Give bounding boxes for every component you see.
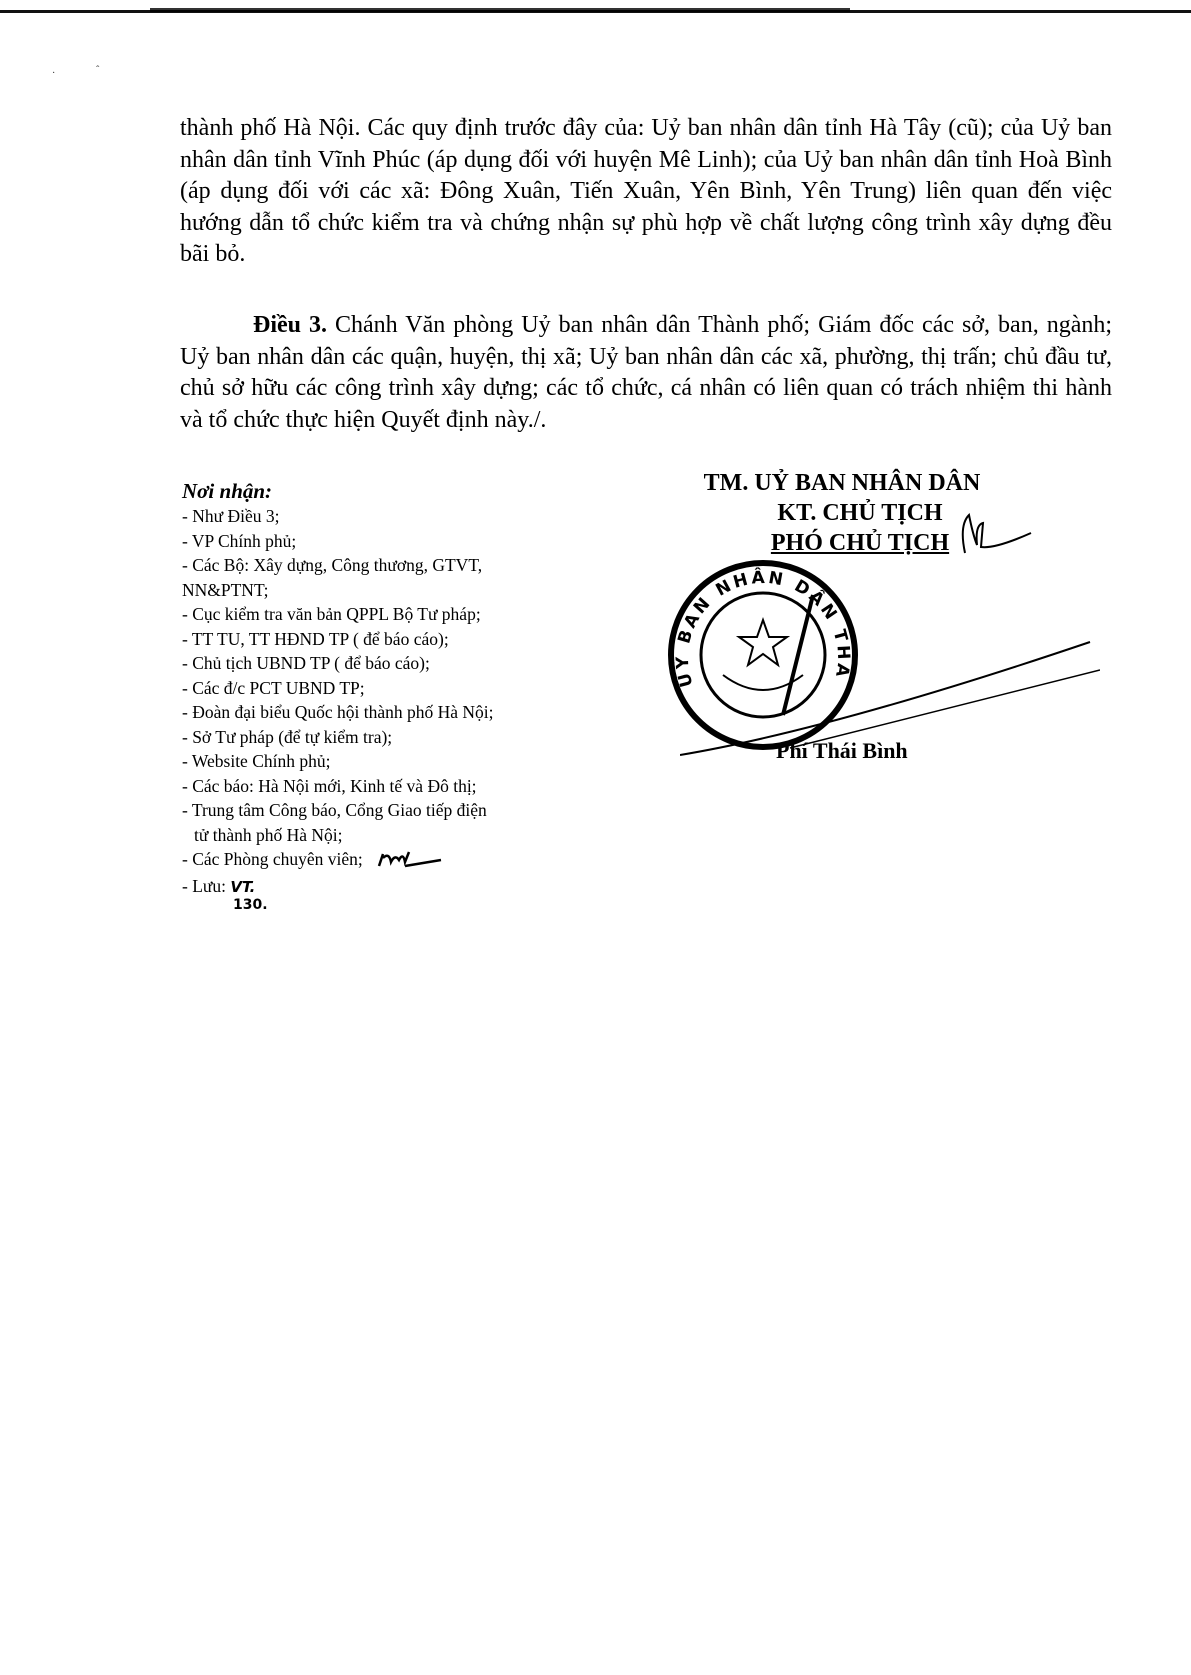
scan-speck: · — [52, 68, 55, 79]
recipient-item: - Trung tâm Công báo, Cổng Giao tiếp điệ… — [182, 798, 602, 823]
recipient-item: - VP Chính phủ; — [182, 529, 602, 554]
paragraph-continuation: thành phố Hà Nội. Các quy định trước đây… — [180, 113, 1112, 271]
recipient-item: - Chủ tịch UBND TP ( để báo cáo); — [182, 651, 602, 676]
recipients-heading: Nơi nhận: — [182, 478, 602, 504]
signature-line-1: TM. UỶ BAN NHÂN DÂN — [624, 468, 1060, 498]
recipients-list: Nơi nhận: - Như Điều 3; - VP Chính phủ; … — [182, 478, 602, 899]
recipient-item: tử thành phố Hà Nội; — [182, 823, 602, 848]
article-3-label: Điều 3. — [253, 312, 327, 338]
recipient-item: - Đoàn đại biểu Quốc hội thành phố Hà Nộ… — [182, 700, 602, 725]
recipient-item: - Như Điều 3; — [182, 504, 602, 529]
recipient-item: NN&PTNT; — [182, 578, 602, 603]
scan-border-line-heavy — [150, 8, 850, 12]
recipient-item: - Sở Tư pháp (để tự kiểm tra); — [182, 725, 602, 750]
recipient-item: - Cục kiểm tra văn bản QPPL Bộ Tư pháp; — [182, 602, 602, 627]
recipient-item: - Các Bộ: Xây dựng, Công thương, GTVT, — [182, 553, 602, 578]
signer-name: Phí Thái Bình — [776, 738, 908, 764]
recipient-item: - Các báo: Hà Nội mới, Kinh tế và Đô thị… — [182, 774, 602, 799]
recipient-item: - Website Chính phủ; — [182, 749, 602, 774]
recipient-storage: - Lưu: VT. — [182, 874, 602, 900]
signature-initial-icon — [955, 505, 1035, 565]
article-3: Điều 3. Chánh Văn phòng Uỷ ban nhân dân … — [180, 310, 1112, 436]
recipient-item: - Các đ/c PCT UBND TP; — [182, 676, 602, 701]
handwritten-count: 130. — [233, 897, 268, 913]
recipient-item: - Các Phòng chuyên viên; — [182, 847, 602, 874]
recipient-item: - TT TU, TT HĐND TP ( để báo cáo); — [182, 627, 602, 652]
scan-speck: ˆ — [96, 65, 99, 76]
handwritten-initials-icon — [375, 848, 445, 874]
